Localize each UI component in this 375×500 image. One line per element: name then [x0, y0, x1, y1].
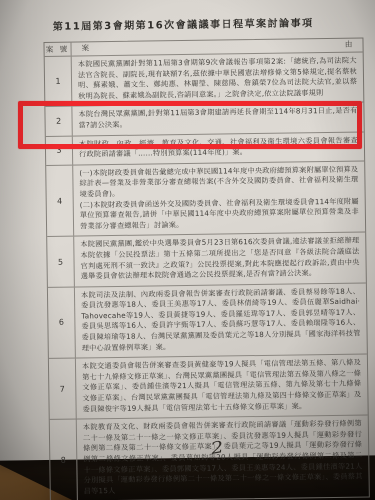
row-subject-cell: 本院司法及法制、內政兩委員會報告併案審查行政院函請審議、委員蔡易餘等18人、委員…: [75, 283, 367, 358]
table-row: 4 (一)本院財政委員會報告彙總完成中華民國114年度中央政府總預算案附屬單位預…: [46, 160, 365, 236]
row-number-cell: 1: [45, 57, 73, 107]
document-page: 第11屆第3會期第16次會議議事日程草案討論事項 案 號 案 由 1 本院國民黨…: [0, 0, 375, 461]
col-header-case-number: 案 號: [44, 43, 71, 56]
table-row: 1 本院國民黨黨團針對第11屆第3會期第9次會議報告事項第2案:「總統咨,為司法…: [45, 52, 364, 107]
row-number-cell: 6: [48, 287, 76, 358]
row-number-cell: 4: [46, 165, 74, 236]
handwritten-page-number: 2: [210, 437, 224, 459]
row-number-cell: 8: [50, 420, 78, 500]
row-subject-cell: 本院國民黨黨團針對第11屆第3會期第9次會議報告事項第2案:「總統咨,為司法院大…: [72, 53, 364, 106]
table-row: 5 本院國民黨黨團,鑑於中央選舉委員會5月23日第616次委員會議,違法審議並拒…: [47, 232, 366, 287]
table-row: 7 本院交通委員會報告併案審查委員黃健豪等19人擬具「電信管理法第五條、第八條及…: [49, 354, 368, 419]
row-subject-cell: (一)本院財政委員會報告彙總完成中華民國114年度中央政府總預算案附屬單位預算及…: [73, 161, 365, 236]
highlight-annotation: [18, 101, 362, 149]
row-subject-cell: 本院國民黨黨團,鑑於中央選舉委員會5月23日第616次委員會議,違法審議並拒絕辦…: [74, 233, 366, 286]
row-number-cell: 5: [47, 237, 75, 287]
row-subject-cell: 本院交通委員會報告併案審查委員黃健豪等19人擬具「電信管理法第五條、第八條及第七…: [76, 355, 368, 419]
row-number-cell: 7: [49, 359, 77, 419]
table-row: 6 本院司法及法制、內政兩委員會報告併案審查行政院函請審議、委員蔡易餘等18人、…: [48, 282, 367, 358]
document-title: 第11屆第3會期第16次會議議事日程草案討論事項: [0, 13, 375, 33]
row-subject-cell: 本院教育及文化、財政兩委員會報告併案審查行政院函請審議「運動彩券發行條例第二十一…: [77, 416, 369, 500]
case-subject-last-char: 由: [345, 40, 353, 51]
case-subject-first-char: 案: [81, 44, 89, 55]
